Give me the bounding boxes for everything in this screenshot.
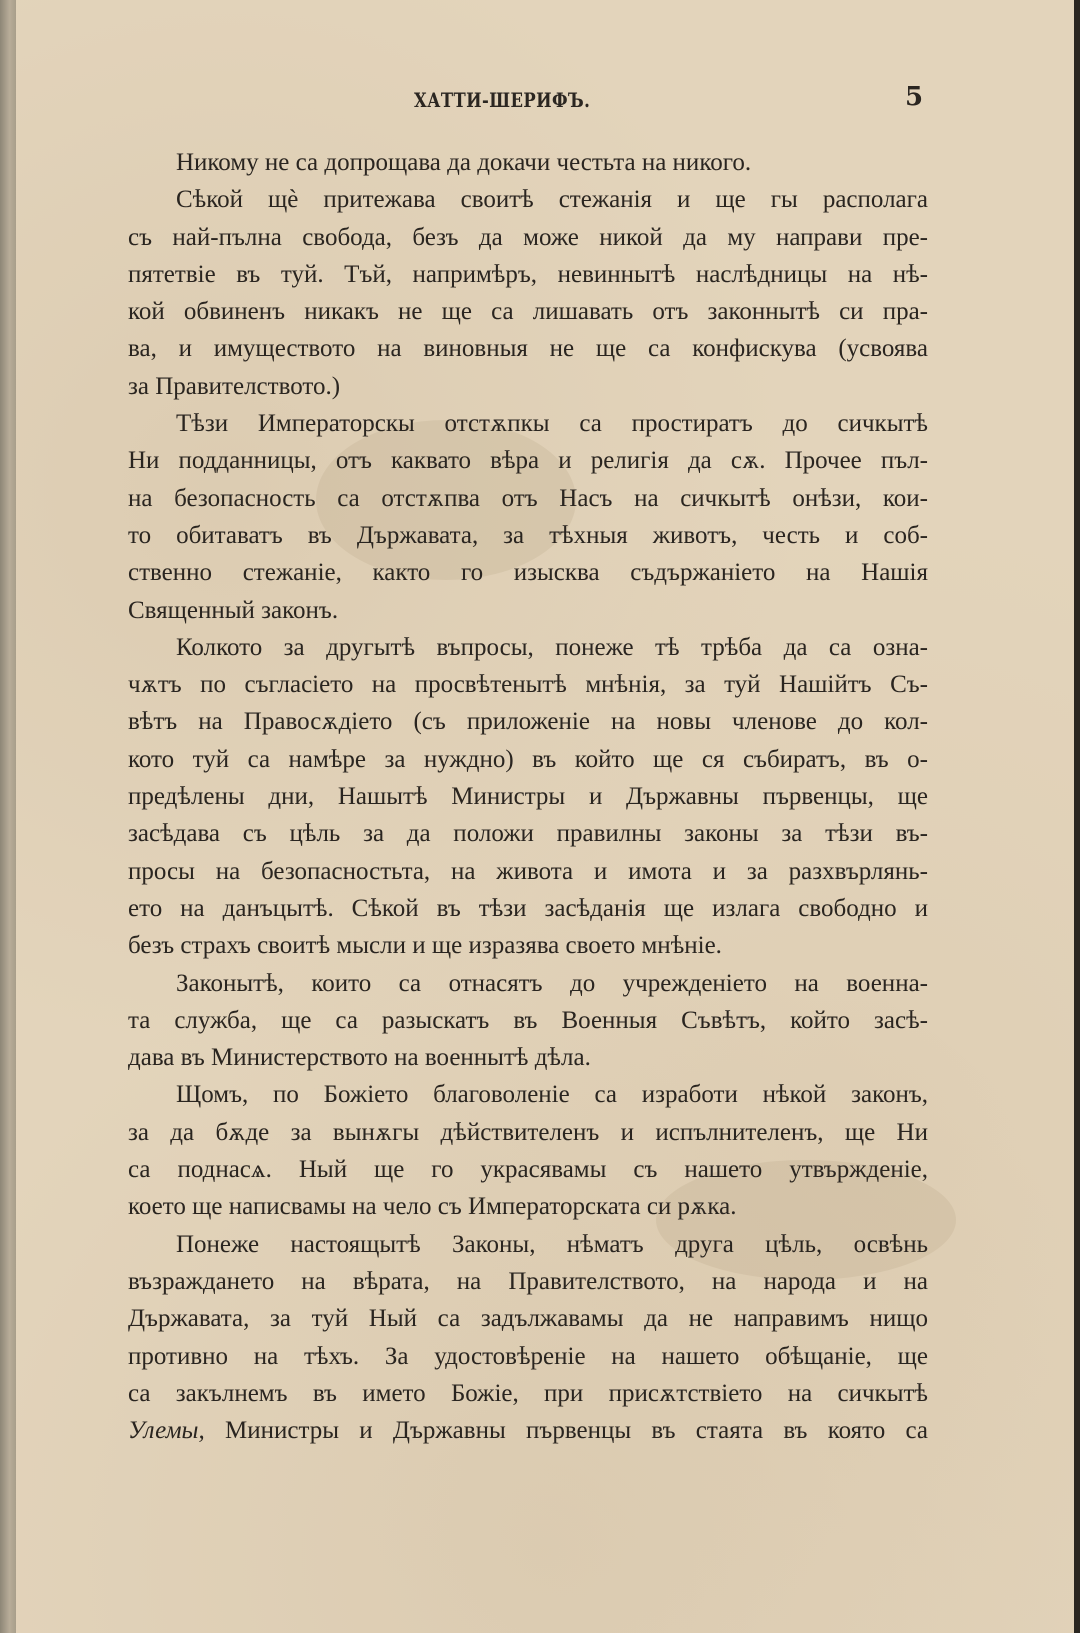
text-line: Държавата, за туй Ный са задължавамы да …: [128, 1300, 928, 1337]
line-text: възраждането на вѣрата, на Правителствот…: [128, 1268, 928, 1295]
text-line: Тѣзи Императорскы отстѫпкы са простиратъ…: [128, 405, 928, 442]
line-text: безъ страхъ своитѣ мысли и ще изразява с…: [128, 932, 722, 959]
line-text: Тѣзи Императорскы отстѫпкы са простиратъ…: [176, 410, 928, 437]
body-text: Никому не са допрощава да докачи честьта…: [128, 144, 928, 1449]
line-text: Щомъ, по Божіето благоволеніе са изработ…: [176, 1081, 928, 1108]
line-text: пятетвіе въ туй. Тъй, напримѣръ, невинны…: [128, 261, 928, 288]
line-text: кото туй са намѣре за нуждно) въ който щ…: [128, 746, 928, 773]
line-text: са поднасѧ. Ный ще го украсявамы съ наше…: [128, 1156, 928, 1183]
text-line: за Правителството.): [128, 368, 928, 405]
line-text: ето на данъцытѣ. Сѣкой въ тѣзи засѣданія…: [128, 895, 928, 922]
text-line: просы на безопасностьта, на живота и имо…: [128, 853, 928, 890]
line-text: са закълнемъ въ името Божіе, при присѫтс…: [128, 1380, 928, 1407]
line-text: Никому не са допрощава да докачи честьта…: [176, 149, 751, 176]
text-line: засѣдава съ цѣль за да положи правилны з…: [128, 815, 928, 852]
line-text: та служба, ще са разыскатъ въ Военныя Съ…: [128, 1007, 928, 1034]
text-line: възраждането на вѣрата, на Правителствот…: [128, 1263, 928, 1300]
text-line: което ще написвамы на чело съ Императорс…: [128, 1188, 928, 1225]
line-text: за Правителството.): [128, 373, 340, 400]
line-text: дава въ Министерството на военнытѣ дѣла.: [128, 1044, 591, 1071]
text-line: съ най-пълна свобода, безъ да може никой…: [128, 219, 928, 256]
text-line: Священный законъ.: [128, 592, 928, 629]
line-text: ва, и имуществото на виновныя не ще са к…: [128, 335, 928, 362]
line-text: Колкото за другытѣ въпросы, понеже тѣ тр…: [176, 634, 928, 661]
page-edge-right: [1074, 0, 1080, 1633]
line-text: на безопасность са отстѫпва отъ Насъ на …: [128, 485, 928, 512]
text-line: чѫтъ по съгласіето на просвѣтенытѣ мнѣні…: [128, 666, 928, 703]
running-title: ХАТТИ-ШЕРИФЪ.: [414, 88, 590, 112]
line-text: то обитаватъ въ Държавата, за тѣхныя жив…: [128, 522, 928, 549]
text-line: на безопасность са отстѫпва отъ Насъ на …: [128, 480, 928, 517]
text-line: безъ страхъ своитѣ мысли и ще изразява с…: [128, 927, 928, 964]
text-line: Сѣкой щѐ притежава своитѣ стежанія и ще …: [128, 181, 928, 218]
line-text: за да бѫде за вынѫгы дѣйствителенъ и исп…: [128, 1119, 928, 1146]
line-text: Държавата, за туй Ный са задължавамы да …: [128, 1305, 928, 1332]
text-line: ственно стежаніе, както го изысква съдър…: [128, 554, 928, 591]
text-line: предѣлены дни, Нашытѣ Министры и Държавн…: [128, 778, 928, 815]
line-text: кой обвиненъ никакъ не ще са лишавать от…: [128, 298, 928, 325]
text-line: Улемы, Министры и Държавны първенцы въ с…: [128, 1412, 928, 1449]
text-line: ето на данъцытѣ. Сѣкой въ тѣзи засѣданія…: [128, 890, 928, 927]
text-line: са поднасѧ. Ный ще го украсявамы съ наше…: [128, 1151, 928, 1188]
line-text: просы на безопасностьта, на живота и имо…: [128, 858, 928, 885]
line-text: Понеже настоящытѣ Законы, нѣматъ друга ц…: [176, 1231, 928, 1258]
text-line: Ни подданницы, отъ каквато вѣра и религі…: [128, 442, 928, 479]
line-text: Ни подданницы, отъ каквато вѣра и религі…: [128, 447, 928, 474]
line-text: ственно стежаніе, както го изысква съдър…: [128, 559, 928, 586]
line-text: Сѣкой щѐ притежава своитѣ стежанія и ще …: [176, 186, 928, 213]
line-text: Министры и Държавны първенцы въ стаята в…: [205, 1417, 928, 1444]
text-line: кото туй са намѣре за нуждно) въ който щ…: [128, 741, 928, 778]
text-line: та служба, ще са разыскатъ въ Военныя Съ…: [128, 1002, 928, 1039]
text-line: Колкото за другытѣ въпросы, понеже тѣ тр…: [128, 629, 928, 666]
line-text: Законытѣ, които са отнасятъ до учреждені…: [176, 970, 928, 997]
line-text: чѫтъ по съгласіето на просвѣтенытѣ мнѣні…: [128, 671, 928, 698]
text-line: кой обвиненъ никакъ не ще са лишавать от…: [128, 293, 928, 330]
line-text: Священный законъ.: [128, 597, 338, 624]
page-number: 5: [905, 82, 924, 112]
italic-word: Улемы,: [128, 1417, 205, 1444]
line-text: засѣдава съ цѣль за да положи правилны з…: [128, 820, 928, 847]
text-line: то обитаватъ въ Държавата, за тѣхныя жив…: [128, 517, 928, 554]
text-line: Никому не са допрощава да докачи честьта…: [128, 144, 928, 181]
line-text: което ще написвамы на чело съ Императорс…: [128, 1193, 736, 1220]
text-line: противно на тѣхъ. За удостовѣреніе на на…: [128, 1338, 928, 1375]
text-line: Понеже настоящытѣ Законы, нѣматъ друга ц…: [128, 1226, 928, 1263]
text-line: за да бѫде за вынѫгы дѣйствителенъ и исп…: [128, 1114, 928, 1151]
book-gutter-left: [0, 0, 16, 1633]
text-line: Щомъ, по Божіето благоволеніе са изработ…: [128, 1076, 928, 1113]
text-line: са закълнемъ въ името Божіе, при присѫтс…: [128, 1375, 928, 1412]
text-line: пятетвіе въ туй. Тъй, напримѣръ, невинны…: [128, 256, 928, 293]
text-line: вѣтъ на Правосѫдіето (съ приложеніе на н…: [128, 703, 928, 740]
text-line: дава въ Министерството на военнытѣ дѣла.: [128, 1039, 928, 1076]
text-line: ва, и имуществото на виновныя не ще са к…: [128, 330, 928, 367]
line-text: противно на тѣхъ. За удостовѣреніе на на…: [128, 1343, 928, 1370]
line-text: вѣтъ на Правосѫдіето (съ приложеніе на н…: [128, 708, 928, 735]
line-text: съ най-пълна свобода, безъ да може никой…: [128, 224, 928, 251]
line-text: предѣлены дни, Нашытѣ Министры и Държавн…: [128, 783, 928, 810]
text-line: Законытѣ, които са отнасятъ до учреждені…: [128, 965, 928, 1002]
